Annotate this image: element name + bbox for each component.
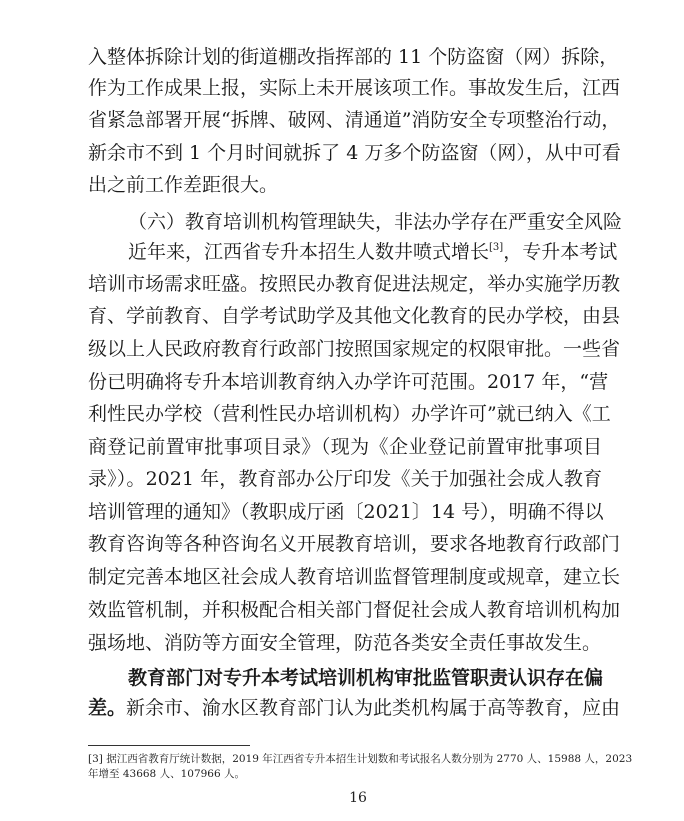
- body-line: 强场地、消防等方面安全管理，防范各类安全责任事故发生。: [88, 627, 602, 659]
- paragraph-text: 新余市、渝水区教育部门认为此类机构属于高等教育，应由: [126, 697, 620, 719]
- footnote-line: 年增至 43668 人、107966 人。: [88, 767, 608, 782]
- body-line: 新余市不到 1 个月时间就拆了 4 万多个防盗窗（网），从中可看: [88, 137, 602, 169]
- body-line: 效监管机制，并积极配合相关部门督促社会成人教育培训机构加: [88, 594, 602, 626]
- body-line: 入整体拆除计划的街道棚改指挥部的 11 个防盗窗（网）拆除，: [88, 41, 602, 73]
- body-line: 出之前工作差距很大。: [88, 169, 602, 201]
- body-line: 录》）。2021 年，教育部办公厅印发《关于加强社会成人教育: [88, 463, 602, 495]
- body-line: 培训管理的通知》（教职成厅函〔2021〕14 号），明确不得以: [88, 496, 602, 528]
- body-line: 育、学前教育、自学考试助学及其他文化教育的民办学校，由县: [88, 300, 602, 332]
- document-page: 入整体拆除计划的街道棚改指挥部的 11 个防盗窗（网）拆除， 作为工作成果上报，…: [0, 0, 684, 821]
- bold-lead-tail: 差。: [88, 697, 126, 719]
- footnote-line: [3] 据江西省教育厅统计数据，2019 年江西省专升本招生计划数和考试报名人数…: [88, 752, 608, 767]
- body-line: 制定完善本地区社会成人教育培训监督管理制度或规章，建立长: [88, 561, 602, 593]
- body-line: 差。新余市、渝水区教育部门认为此类机构属于高等教育，应由: [88, 692, 602, 724]
- paragraph-text: 近年来，江西省专升本招生人数井喷式增长: [128, 241, 489, 263]
- body-line: 级以上人民政府教育行政部门按照国家规定的权限审批。一些省: [88, 333, 602, 365]
- body-line: 培训市场需求旺盛。按照民办教育促进法规定，举办实施学历教: [88, 268, 602, 300]
- body-line: 作为工作成果上报，实际上未开展该项工作。事故发生后，江西: [88, 72, 602, 104]
- paragraph-text: ，专升本考试: [503, 241, 617, 263]
- bold-lead-line: 教育部门对专升本考试培训机构审批监管职责认识存在偏: [128, 662, 602, 694]
- page-number: 16: [338, 790, 378, 806]
- section-heading: （六）教育培训机构管理缺失，非法办学存在严重安全风险: [128, 206, 602, 238]
- footnote-reference[interactable]: [3]: [489, 242, 503, 253]
- body-line: 商登记前置审批事项目录》（现为《企业登记前置审批事项目: [88, 431, 602, 463]
- footnote-separator: [88, 745, 250, 746]
- body-line: 省紧急部署开展“拆牌、破网、清通道”消防安全专项整治行动，: [88, 104, 602, 136]
- paragraph-first-line: 近年来，江西省专升本招生人数井喷式增长[3]，专升本考试: [128, 236, 602, 268]
- body-line: 教育咨询等各种咨询名义开展教育培训，要求各地教育行政部门: [88, 528, 602, 560]
- body-line: 份已明确将专升本培训教育纳入办学许可范围。2017 年，“营: [88, 366, 602, 398]
- body-line: 利性民办学校（营利性民办培训机构）办学许可”就已纳入《工: [88, 398, 602, 430]
